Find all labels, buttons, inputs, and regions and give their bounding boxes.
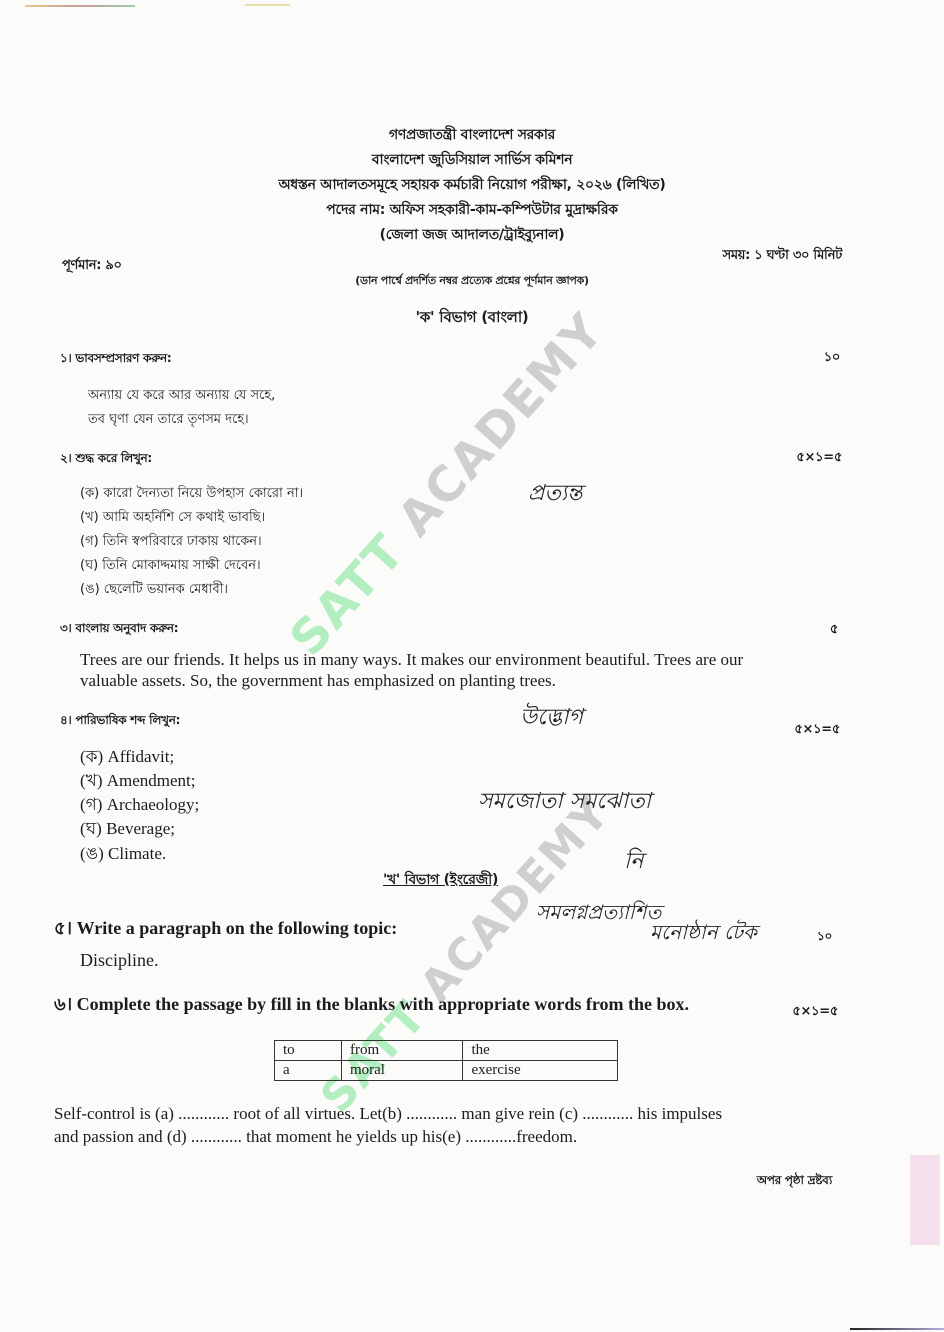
q4-marks: ৫×১=৫ <box>794 720 840 741</box>
exam-time: সময়: ১ ঘণ্টা ৩০ মিনিট <box>723 246 842 267</box>
header-exam-title: অধস্তন আদালতসমূহে সহায়ক কর্মচারী নিয়োগ… <box>0 173 944 197</box>
q4-item: (ঙ) Climate. <box>80 841 166 869</box>
q3-title: ৩। বাংলায় অনুবাদ করুন: <box>60 620 178 640</box>
word-box-cell: exercise <box>463 1061 618 1081</box>
scan-edge-mark <box>245 4 290 6</box>
scan-pink-smudge <box>910 1155 940 1245</box>
q4-title: ৪। পারিভাষিক শব্দ লিখুন: <box>60 712 180 732</box>
handwritten-note: প্রত্যন্ত <box>528 476 582 513</box>
word-box-row: to from the <box>275 1041 618 1061</box>
exam-question-page: SATT ACADEMY SATT ACADEMY গণপ্রজাতন্ত্রী… <box>0 0 944 1332</box>
q1-marks: ১০ <box>824 348 840 369</box>
marks-note: (ডান পার্শ্বে প্রদর্শিত নম্বর প্রত্যেক প… <box>0 272 944 291</box>
q2-item: (গ) তিনি স্বপরিবারে ঢাকায় থাকেন। <box>80 532 262 553</box>
section-kha-title: 'খ' বিভাগ (ইংরেজী) <box>383 868 498 892</box>
q6-marks: ৫×১=৫ <box>792 1002 838 1023</box>
q2-item: (ঙ) ছেলেটি ভয়ানক মেধাবী। <box>80 580 228 601</box>
header-post-name: পদের নাম: অফিস সহকারী-কাম-কম্পিউটার মুদ্… <box>0 198 944 222</box>
q2-item: (ক) কারো দৈন্যতা নিয়ে উপহাস কোরো না। <box>80 484 303 505</box>
q6-title: ৬। Complete the passage by fill in the b… <box>54 990 689 1021</box>
q2-marks: ৫×১=৫ <box>796 448 842 469</box>
word-box-cell: moral <box>341 1061 462 1081</box>
word-box-cell: from <box>341 1041 462 1061</box>
q1-line: অন্যায় যে করে আর অন্যায় যে সহে, <box>88 386 275 407</box>
word-box-cell: a <box>275 1061 342 1081</box>
word-box-cell: to <box>275 1041 342 1061</box>
header-commission: বাংলাদেশ জুডিসিয়াল সার্ভিস কমিশন <box>0 148 944 172</box>
header-govt: গণপ্রজাতন্ত্রী বাংলাদেশ সরকার <box>0 123 944 147</box>
handwritten-note: সমজোতা সমঝোতা <box>478 784 651 821</box>
q2-item: (খ) আমি অহর্নিশি সে কথাই ভাবছি। <box>80 508 265 529</box>
q5-marks: ১০ <box>817 928 832 948</box>
q5-title: ৫। Write a paragraph on the following to… <box>54 914 397 945</box>
q6-passage-line: and passion and (d) ............ that mo… <box>54 1127 577 1147</box>
header-court: (জেলা জজ আদালত/ট্রাইব্যুনাল) <box>0 223 944 247</box>
word-box: to from the a moral exercise <box>274 1040 618 1081</box>
section-ka-title: 'ক' বিভাগ (বাংলা) <box>0 306 944 331</box>
q6-passage-line: Self-control is (a) ............ root of… <box>54 1104 722 1124</box>
q3-marks: ৫ <box>830 620 838 641</box>
handwritten-note: মনোষ্ঠান টেক <box>650 918 757 951</box>
q1-line: তব ঘৃণা যেন তারে তৃণসম দহে। <box>88 410 249 431</box>
handwritten-note: নি <box>624 844 643 881</box>
turn-over-note: অপর পৃষ্ঠা দ্রষ্টব্য <box>757 1172 832 1192</box>
handwritten-note: সমলগ্নপ্রত্যাশিত <box>536 898 661 931</box>
q2-item: (ঘ) তিনি মোকাদ্দমায় সাক্ষী দেবেন। <box>80 556 261 577</box>
q2-title: ২। শুদ্ধ করে লিখুন: <box>60 450 152 470</box>
scan-edge-mark <box>850 1328 944 1330</box>
q4-item: (ঘ) Beverage; <box>80 816 175 844</box>
scan-edge-mark <box>25 5 135 7</box>
q3-passage-line: valuable assets. So, the government has … <box>80 671 556 691</box>
word-box-row: a moral exercise <box>275 1061 618 1081</box>
q1-title: ১। ভাবসম্প্রসারণ করুন: <box>60 350 171 370</box>
q3-passage-line: Trees are our friends. It helps us in ma… <box>80 650 743 670</box>
handwritten-note: উদ্ভোগ <box>520 700 583 737</box>
q5-topic: Discipline. <box>80 950 159 971</box>
word-box-cell: the <box>463 1041 618 1061</box>
